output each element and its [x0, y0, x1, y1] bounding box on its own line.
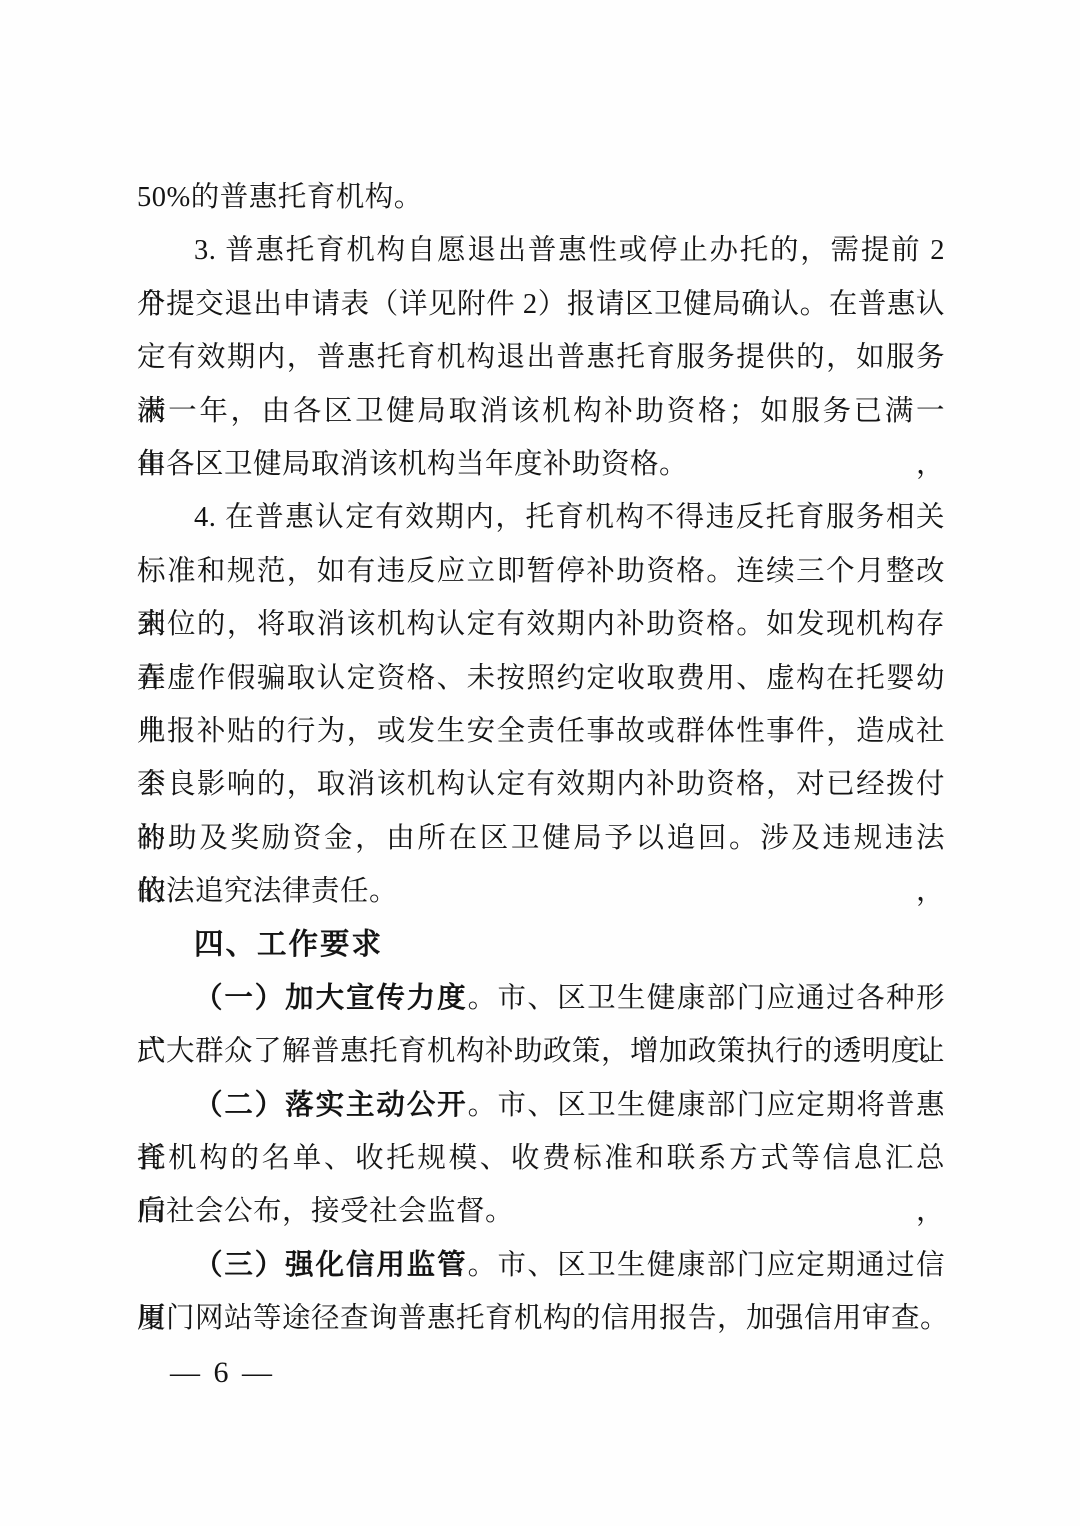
document-page: 50%的普惠托育机构。3. 普惠托育机构自愿退出普惠性或停止办托的，需提前 2 … — [0, 0, 1080, 1526]
body-line: （三）强化信用监管。市、区卫生健康部门应定期通过信用 — [137, 1239, 945, 1292]
paragraph: 50%的普惠托育机构。 — [137, 171, 945, 224]
body-line: （一）加大宣传力度。市、区卫生健康部门应通过各种形式让 — [137, 972, 945, 1025]
body-line: 厦门网站等途径查询普惠托育机构的信用报告，加强信用审查。 — [137, 1292, 945, 1345]
body-line: 弄虚作假骗取认定资格、未按照约定收取费用、虚构在托婴幼儿 — [137, 652, 945, 705]
body-line: （二）落实主动公开。市、区卫生健康部门应定期将普惠托 — [137, 1079, 945, 1132]
body-line: 育机构的名单、收托规模、收费标准和联系方式等信息汇总后， — [137, 1132, 945, 1185]
body-line: 定有效期内，普惠托育机构退出普惠托育服务提供的，如服务未 — [137, 331, 945, 384]
body-line: 月提交退出申请表（详见附件 2）报请区卫健局确认。在普惠认 — [137, 278, 945, 331]
paragraph: 4. 在普惠认定有效期内，托育机构不得违反托育服务相关标准和规范，如有违反应立即… — [137, 491, 945, 918]
subheading-bold-text: （三）强化信用监管 — [194, 1250, 468, 1281]
subheading-bold-text: （二）落实主动公开 — [194, 1090, 468, 1121]
paragraph: （二）落实主动公开。市、区卫生健康部门应定期将普惠托育机构的名单、收托规模、收费… — [137, 1079, 945, 1239]
section: 四、工作要求 — [137, 918, 945, 971]
body-line: 广大群众了解普惠托育机构补助政策，增加政策执行的透明度。 — [137, 1025, 945, 1078]
body-line: 50%的普惠托育机构。 — [137, 171, 945, 224]
body-line: 补助及奖励资金，由所在区卫健局予以追回。涉及违规违法的， — [137, 812, 945, 865]
body-line: 不良影响的，取消该机构认定有效期内补助资格，对已经拨付的 — [137, 758, 945, 811]
paragraph: （一）加大宣传力度。市、区卫生健康部门应通过各种形式让广大群众了解普惠托育机构补… — [137, 972, 945, 1079]
body-line: 申报补贴的行为，或发生安全责任事故或群体性事件，造成社会 — [137, 705, 945, 758]
body-line: 3. 普惠托育机构自愿退出普惠性或停止办托的，需提前 2 个 — [137, 224, 945, 277]
subheading-bold-text: （一）加大宣传力度 — [194, 983, 468, 1014]
paragraph: （三）强化信用监管。市、区卫生健康部门应定期通过信用厦门网站等途径查询普惠托育机… — [137, 1239, 945, 1346]
section-heading: 四、工作要求 — [137, 918, 945, 971]
page-number: — 6 — — [137, 1346, 945, 1399]
document-body: 50%的普惠托育机构。3. 普惠托育机构自愿退出普惠性或停止办托的，需提前 2 … — [0, 0, 1080, 1399]
document-text-blocks: 50%的普惠托育机构。3. 普惠托育机构自愿退出普惠性或停止办托的，需提前 2 … — [137, 171, 945, 1346]
body-line: 到位的，将取消该机构认定有效期内补助资格。如发现机构存在 — [137, 598, 945, 651]
body-line: 4. 在普惠认定有效期内，托育机构不得违反托育服务相关 — [137, 491, 945, 544]
body-line: 满一年，由各区卫健局取消该机构补助资格；如服务已满一年， — [137, 385, 945, 438]
paragraph: 3. 普惠托育机构自愿退出普惠性或停止办托的，需提前 2 个月提交退出申请表（详… — [137, 224, 945, 491]
body-line: 标准和规范，如有违反应立即暂停补助资格。连续三个月整改未 — [137, 545, 945, 598]
